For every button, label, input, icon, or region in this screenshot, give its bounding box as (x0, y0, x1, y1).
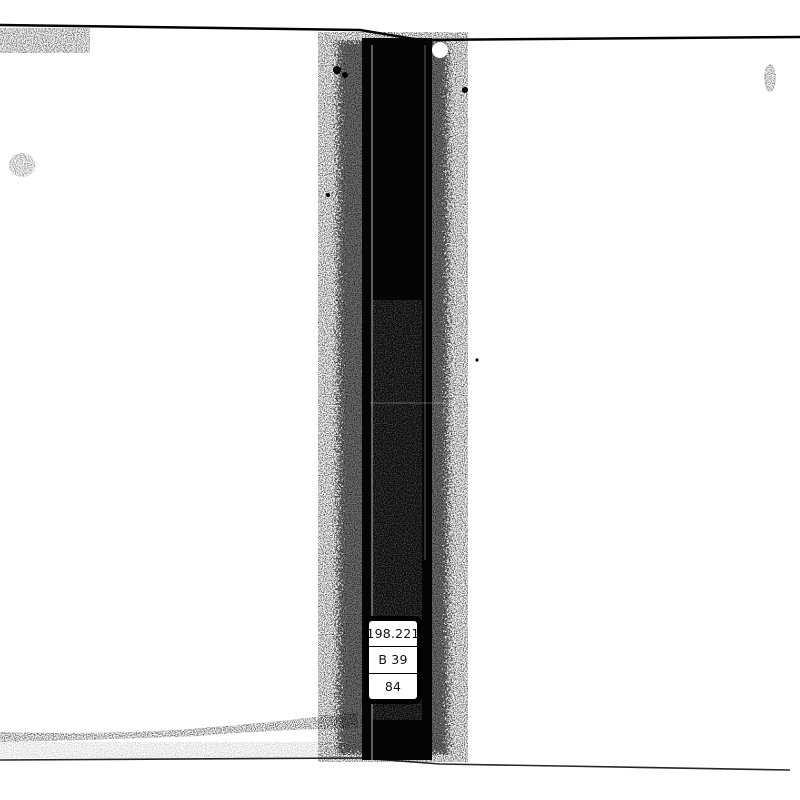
spine-call-number-label: 198.221 B 39 84 (364, 616, 422, 704)
call-number-year: 84 (369, 673, 417, 699)
call-number-class: 198.221 (369, 621, 417, 646)
call-number-cutter: B 39 (369, 646, 417, 672)
bottom-streak (0, 712, 360, 758)
